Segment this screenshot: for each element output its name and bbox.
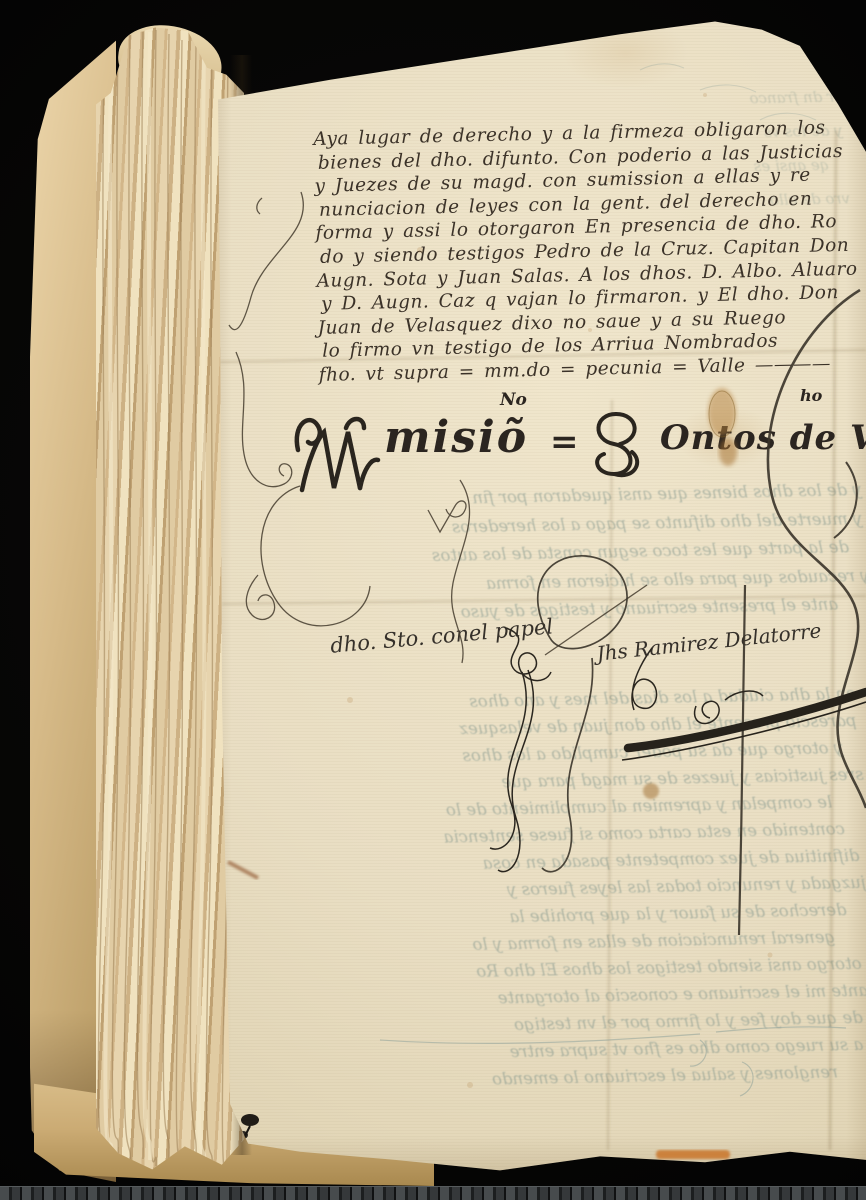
photo-backdrop: { "photo": { "backdrop_color": "#050505"… xyxy=(0,0,866,1200)
ink-flourish-layer xyxy=(198,18,866,1182)
ink-flourish xyxy=(236,352,292,487)
ink-flourish xyxy=(834,462,857,538)
ink-blot xyxy=(241,1114,259,1126)
manuscript-page: sr dn franco y de los vs qe ansi es vro … xyxy=(198,18,866,1182)
margin-flourish-group xyxy=(229,192,647,663)
ink-flourish xyxy=(246,575,274,619)
ink-flourish xyxy=(261,486,370,626)
stain-bottom-edge xyxy=(656,1150,730,1159)
ink-flourish xyxy=(428,501,466,532)
rubric-flourish xyxy=(498,670,534,872)
rubric-flourish xyxy=(695,701,720,723)
ink-vertical-stroke xyxy=(739,585,745,935)
ink-flourish xyxy=(768,290,866,808)
ink-slash xyxy=(628,692,866,748)
stain-streak xyxy=(228,862,258,878)
page-edge-line-group xyxy=(98,30,228,1174)
ink-flourish xyxy=(229,192,303,330)
foxing-dots xyxy=(347,93,773,1088)
center-flourish-group xyxy=(538,290,866,935)
scan-bed-strip xyxy=(0,1186,866,1200)
stain xyxy=(643,783,659,799)
stain-group xyxy=(228,93,773,1159)
ink-flourish xyxy=(545,585,647,655)
stain xyxy=(719,438,737,466)
rubric-flourish xyxy=(490,672,526,849)
ink-flourish xyxy=(542,658,593,872)
rubric-flourish xyxy=(632,648,657,710)
ink-flourish xyxy=(257,198,262,214)
ink-flourish xyxy=(538,556,627,649)
